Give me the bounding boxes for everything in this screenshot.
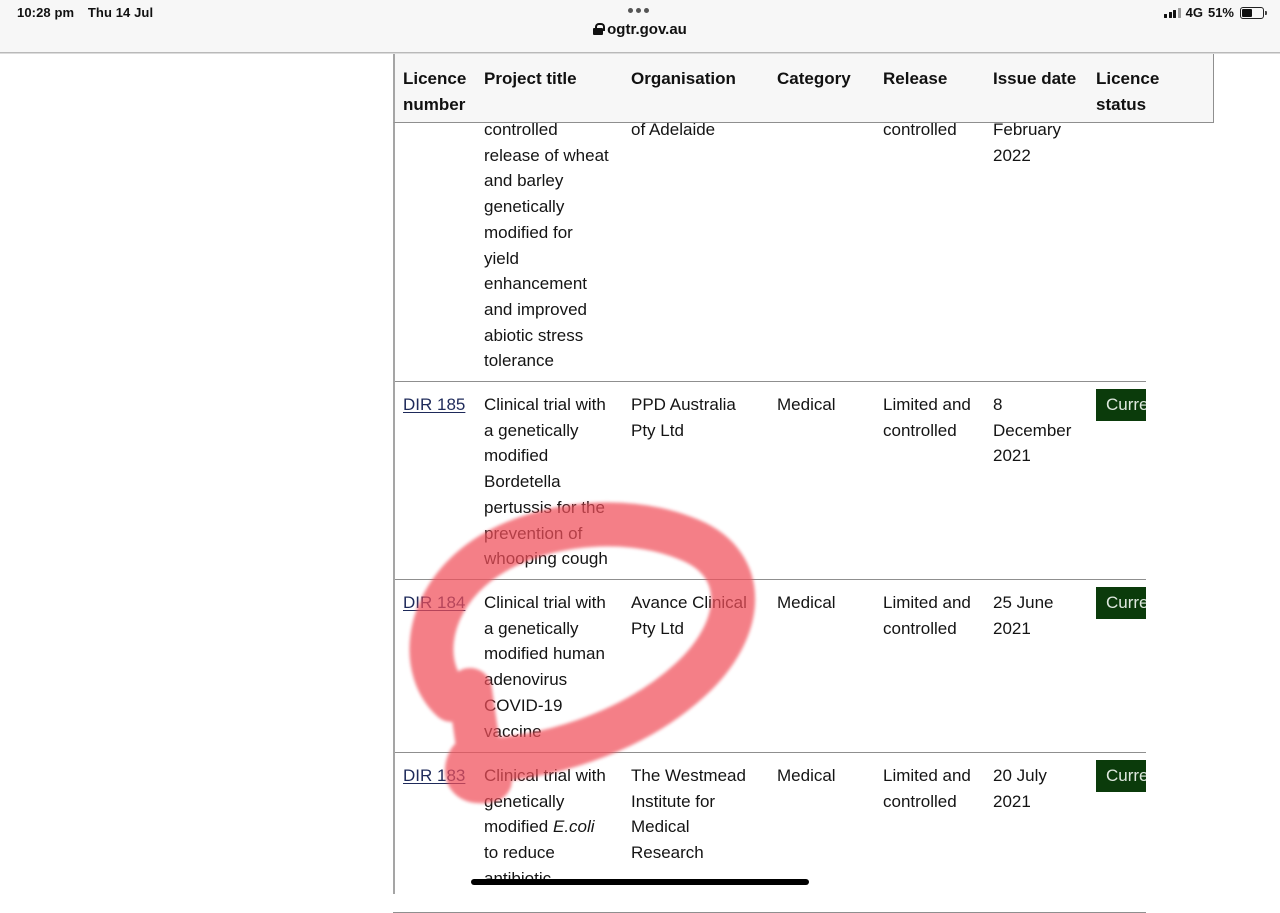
issue-date-cell: 25 June2021: [993, 590, 1054, 641]
header-issue-date[interactable]: Issue date: [993, 66, 1076, 92]
status-badge: Current: [1096, 587, 1146, 619]
release-cell: Limited andcontrolled: [883, 763, 971, 814]
licence-number-cell: DIR 183: [403, 763, 465, 789]
header-release[interactable]: Release: [883, 66, 947, 92]
organisation-cell: The WestmeadInstitute forMedicalResearch: [631, 763, 746, 866]
category-cell: Medical: [777, 392, 836, 418]
licence-table-header: Licence number Project title Organisatio…: [393, 53, 1214, 123]
project-title-cell: Clinical trial withgeneticallymodified E…: [484, 763, 606, 892]
status-indicators: 4G 51%: [1164, 5, 1264, 20]
header-licence-number[interactable]: Licence number: [403, 66, 466, 117]
issue-date-cell: 20 July2021: [993, 763, 1047, 814]
issue-date-cell: 8December2021: [993, 392, 1071, 469]
header-category[interactable]: Category: [777, 66, 851, 92]
lock-icon: [593, 23, 603, 35]
status-time: 10:28 pm: [17, 5, 74, 20]
status-badge: Current: [1096, 760, 1146, 792]
category-cell: Medical: [777, 763, 836, 789]
network-type: 4G: [1186, 5, 1203, 20]
project-title-cell: controlledrelease of wheatand barleygene…: [484, 117, 609, 374]
table-row: DIR 183Clinical trial withgeneticallymod…: [393, 753, 1146, 894]
licence-number-cell: DIR 184: [403, 590, 465, 616]
category-cell: Medical: [777, 590, 836, 616]
project-title-cell: Clinical trial witha geneticallymodified…: [484, 590, 606, 744]
address-bar[interactable]: ogtr.gov.au: [0, 21, 1280, 38]
table-row: controlledrelease of wheatand barleygene…: [393, 116, 1146, 382]
licence-link[interactable]: DIR 185: [403, 395, 465, 414]
url-text: ogtr.gov.au: [607, 21, 687, 38]
status-badge: Current: [1096, 389, 1146, 421]
signal-icon: [1164, 8, 1181, 18]
more-dots-icon[interactable]: [628, 8, 649, 13]
battery-icon: [1240, 7, 1264, 19]
release-cell: Limited andcontrolled: [883, 590, 971, 641]
project-title-cell: Clinical trial witha geneticallymodified…: [484, 392, 608, 572]
release-cell: Limited andcontrolled: [883, 392, 971, 443]
licence-link[interactable]: DIR 183: [403, 766, 465, 785]
table-row: DIR 184Clinical trial witha geneticallym…: [393, 580, 1146, 753]
issue-date-cell: February2022: [993, 117, 1061, 168]
licence-link[interactable]: DIR 184: [403, 593, 465, 612]
header-organisation[interactable]: Organisation: [631, 66, 736, 92]
home-indicator[interactable]: [471, 879, 809, 885]
status-clock: 10:28 pm Thu 14 Jul: [17, 5, 153, 20]
organisation-cell: Avance ClinicalPty Ltd: [631, 590, 747, 641]
battery-percent: 51%: [1208, 5, 1234, 20]
organisation-cell: PPD AustraliaPty Ltd: [631, 392, 736, 443]
header-project-title[interactable]: Project title: [484, 66, 577, 92]
table-row: DIR 185Clinical trial witha geneticallym…: [393, 382, 1146, 580]
table-left-border: [393, 53, 395, 894]
header-licence-status[interactable]: Licence status: [1096, 66, 1159, 117]
status-date: Thu 14 Jul: [88, 5, 153, 20]
licence-number-cell: DIR 185: [403, 392, 465, 418]
browser-top-bar: 10:28 pm Thu 14 Jul ogtr.gov.au 4G 51%: [0, 0, 1280, 53]
